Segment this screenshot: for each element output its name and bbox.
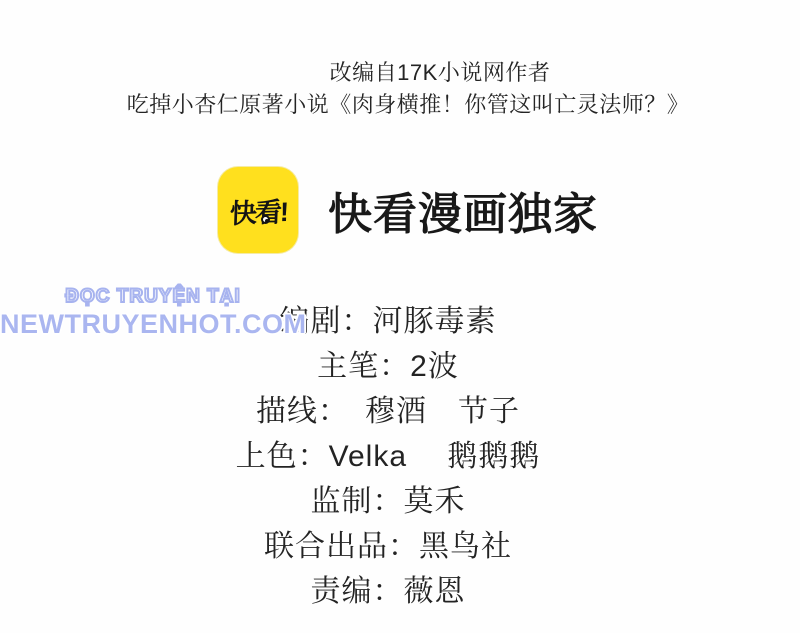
attribution-source-line: 改编自17K小说网作者 (40, 58, 800, 88)
kuaikan-brand-row: 快看! 快看漫画独家 (218, 167, 598, 253)
kuaikan-logo-icon: 快看! (218, 167, 298, 253)
attribution-novel-title-line: 吃掉小杏仁原著小说《肉身横推！你管这叫亡灵法师？》 (8, 90, 800, 120)
credits-list: 编剧：河豚毒素 主笔：2波 描线： 穆酒 节子 上色：Velka 鹅鹅鹅 监制：… (0, 299, 788, 614)
credit-line-screenwriter: 编剧：河豚毒素 (0, 299, 788, 344)
credit-line-coloring: 上色：Velka 鹅鹅鹅 (0, 434, 788, 479)
credit-line-lineart: 描线： 穆酒 节子 (0, 389, 788, 434)
brand-title: 快看漫画独家 (328, 178, 598, 242)
credit-line-co-production: 联合出品：黑鸟社 (0, 524, 788, 569)
credit-line-supervisor: 监制：莫禾 (0, 479, 788, 524)
kuaikan-logo-badge-text: 快看! (229, 190, 287, 231)
eye-icon (261, 215, 270, 224)
comic-credits-page: 改编自17K小说网作者 吃掉小杏仁原著小说《肉身横推！你管这叫亡灵法师？》 快看… (0, 0, 800, 633)
credit-line-lead-artist: 主笔：2波 (0, 344, 788, 389)
credit-line-editor: 责编：薇恩 (0, 569, 788, 614)
